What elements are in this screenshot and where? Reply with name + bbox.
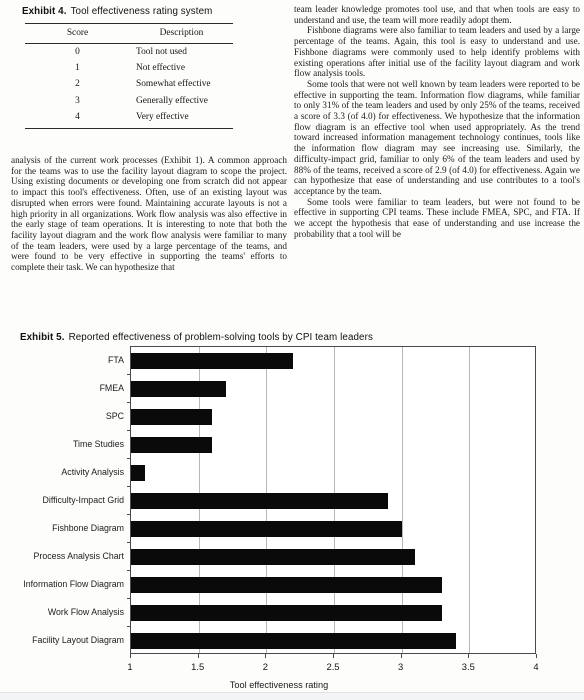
rating-table-header-description: Description: [130, 24, 233, 44]
score-cell: 2: [25, 76, 130, 92]
score-cell: 4: [25, 109, 130, 129]
chart-xtick-mark: [401, 654, 402, 658]
chart-bar: [131, 353, 293, 369]
exhibit5-label: Exhibit 5.: [20, 332, 65, 343]
chart-gridline: [469, 347, 470, 653]
table-row: 0Tool not used: [25, 44, 233, 61]
rating-table-header-score: Score: [25, 24, 130, 44]
chart-xtick-mark: [468, 654, 469, 658]
chart-row-tick: [127, 598, 130, 599]
chart-xtick-label: 1.5: [191, 661, 204, 672]
body-paragraph: team leader knowledge promotes tool use,…: [294, 4, 580, 25]
chart-xtick-mark: [198, 654, 199, 658]
table-row: 4Very effective: [25, 109, 233, 129]
chart-bar: [131, 493, 388, 509]
chart-xtick-label: 3: [398, 661, 403, 672]
chart-bar: [131, 409, 212, 425]
chart-category-label: Activity Analysis: [0, 458, 124, 486]
chart-bar: [131, 577, 442, 593]
chart-row-tick: [127, 570, 130, 571]
score-cell: 0: [25, 44, 130, 61]
rating-table-header-row: Score Description: [25, 24, 233, 44]
chart-category-label: Process Analysis Chart: [0, 542, 124, 570]
chart-xtick-label: 4: [533, 661, 538, 672]
chart-bar: [131, 549, 415, 565]
chart-category-label: Information Flow Diagram: [0, 570, 124, 598]
description-cell: Not effective: [130, 60, 233, 76]
chart-xaxis-label: Tool effectiveness rating: [0, 680, 558, 690]
chart-xtick-label: 2: [263, 661, 268, 672]
effectiveness-chart: FTAFMEASPCTime StudiesActivity AnalysisD…: [0, 346, 584, 692]
chart-xtick-mark: [536, 654, 537, 658]
chart-category-label: FMEA: [0, 374, 124, 402]
chart-row-tick: [127, 430, 130, 431]
chart-xtick-label: 3.5: [462, 661, 475, 672]
chart-bar: [131, 521, 402, 537]
body-paragraph: Fishbone diagrams were also familiar to …: [294, 25, 580, 79]
chart-category-label: FTA: [0, 346, 124, 374]
chart-row-tick: [127, 374, 130, 375]
table-row: 2Somewhat effective: [25, 76, 233, 92]
chart-row-tick: [127, 458, 130, 459]
chart-row-tick: [127, 514, 130, 515]
table-row: 3Generally effective: [25, 93, 233, 109]
chart-xtick-label: 1: [127, 661, 132, 672]
chart-bar: [131, 381, 226, 397]
table-row: 1Not effective: [25, 60, 233, 76]
chart-category-label: Work Flow Analysis: [0, 598, 124, 626]
chart-bar: [131, 437, 212, 453]
chart-plot-area: [130, 346, 536, 654]
chart-row-tick: [127, 486, 130, 487]
body-paragraph: Some tools that were not well known by t…: [294, 79, 580, 197]
exhibit4-title: Tool effectiveness rating system: [71, 6, 213, 17]
chart-xtick-label: 2.5: [326, 661, 339, 672]
chart-category-label: SPC: [0, 402, 124, 430]
chart-category-label: Facility Layout Diagram: [0, 626, 124, 654]
page-bottom-edge: [0, 692, 584, 700]
chart-row-tick: [127, 402, 130, 403]
chart-bar: [131, 605, 442, 621]
chart-bar: [131, 633, 456, 649]
chart-category-label: Difficulty-Impact Grid: [0, 486, 124, 514]
left-column-text: analysis of the current work processes (…: [11, 155, 287, 273]
chart-xtick-mark: [265, 654, 266, 658]
chart-bar: [131, 465, 145, 481]
exhibit5-title: Reported effectiveness of problem-solvin…: [69, 332, 373, 343]
score-cell: 3: [25, 93, 130, 109]
description-cell: Somewhat effective: [130, 76, 233, 92]
chart-xtick-mark: [130, 654, 131, 658]
score-cell: 1: [25, 60, 130, 76]
rating-table: Score Description 0Tool not used1Not eff…: [25, 23, 233, 129]
chart-row-tick: [127, 626, 130, 627]
chart-row-tick: [127, 542, 130, 543]
chart-category-label: Fishbone Diagram: [0, 514, 124, 542]
exhibit4-heading: Exhibit 4.Tool effectiveness rating syst…: [22, 6, 212, 17]
right-column-text: team leader knowledge promotes tool use,…: [294, 4, 580, 239]
chart-category-label: Time Studies: [0, 430, 124, 458]
chart-xtick-mark: [333, 654, 334, 658]
body-paragraph: Some tools were familiar to team leaders…: [294, 197, 580, 240]
description-cell: Very effective: [130, 109, 233, 129]
body-paragraph: analysis of the current work processes (…: [11, 155, 287, 273]
exhibit4-label: Exhibit 4.: [22, 6, 67, 17]
description-cell: Tool not used: [130, 44, 233, 61]
description-cell: Generally effective: [130, 93, 233, 109]
exhibit5-heading: Exhibit 5.Reported effectiveness of prob…: [20, 332, 373, 343]
